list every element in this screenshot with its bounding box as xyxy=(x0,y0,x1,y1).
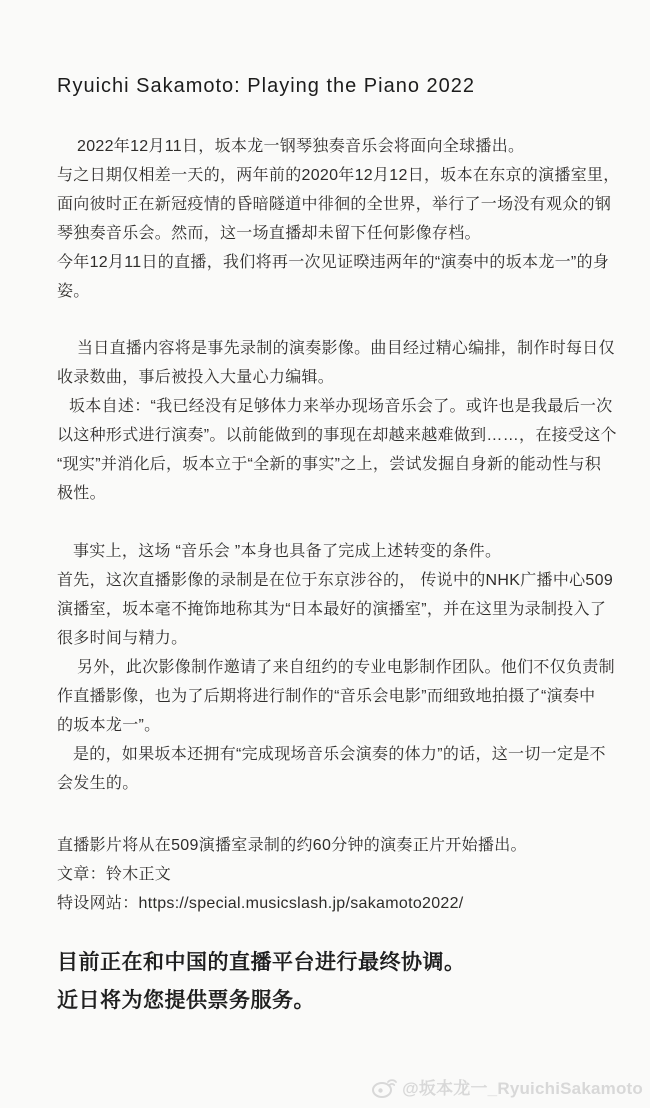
paragraph-intro: 2022年12月11日，坂本龙一钢琴独奏音乐会将面向全球播出。 与之日期仅相差一… xyxy=(57,132,618,306)
weibo-watermark: @坂本龙一_RyuichiSakamoto xyxy=(371,1074,643,1099)
paragraph-recording: 当日直播内容将是事先录制的演奏影像。曲目经过精心编排，制作时每日仅 收录数曲，事… xyxy=(57,334,618,508)
text-line: 琴独奏音乐会。然而，这一场直播却未留下任何影像存档。 xyxy=(57,219,618,248)
announcement-line: 近日将为您提供票务服务。 xyxy=(57,982,618,1020)
announcement-image: Ryuichi Sakamoto: Playing the Piano 2022… xyxy=(0,0,650,1108)
text-line: 今年12月11日的直播，我们将再一次见证暌违两年的“演奏中的坂本龙一”的身 xyxy=(57,248,618,277)
text-line: 面向彼时正在新冠疫情的昏暗隧道中徘徊的全世界，举行了一场没有观众的钢 xyxy=(57,190,618,219)
watermark-handle: @坂本龙一_RyuichiSakamoto xyxy=(402,1074,643,1099)
text-line: 收录数曲，事后被投入大量心力编辑。 xyxy=(57,363,618,392)
text-line: 首先，这次直播影像的录制是在位于东京涉谷的， 传说中的NHK广播中心509 xyxy=(57,566,618,595)
text-line: 演播室，坂本毫不掩饰地称其为“日本最好的演播室”，并在这里为录制投入了 xyxy=(57,595,618,624)
text-line: 与之日期仅相差一天的，两年前的2020年12月12日，坂本在东京的演播室里， xyxy=(57,161,618,190)
china-platform-announcement: 目前正在和中国的直播平台进行最终协调。 近日将为您提供票务服务。 xyxy=(57,944,618,1020)
text-line: 会发生的。 xyxy=(57,769,618,798)
weibo-logo-icon xyxy=(371,1075,398,1099)
text-line: “现实”并消化后，坂本立于“全新的事实”之上，尝试发掘自身新的能动性与积 xyxy=(57,450,618,479)
article-body: Ryuichi Sakamoto: Playing the Piano 2022… xyxy=(0,0,650,1020)
broadcast-note: 直播影片将从在509演播室录制的约60分钟的演奏正片开始播出。 xyxy=(57,831,618,860)
text-line: 的坂本龙一”。 xyxy=(57,711,618,740)
paragraph-studio: 事实上，这场 “音乐会 ”本身也具备了完成上述转变的条件。 首先，这次直播影像的… xyxy=(57,537,618,798)
author-credit: 文章：铃木正文 xyxy=(57,860,618,889)
page-title: Ryuichi Sakamoto: Playing the Piano 2022 xyxy=(57,0,618,100)
text-line: 很多时间与精力。 xyxy=(57,624,618,653)
text-line: 极性。 xyxy=(57,479,618,508)
text-line: 当日直播内容将是事先录制的演奏影像。曲目经过精心编排，制作时每日仅 xyxy=(57,334,618,363)
credits-block: 直播影片将从在509演播室录制的约60分钟的演奏正片开始播出。 文章：铃木正文 … xyxy=(57,831,618,918)
text-line: 坂本自述：“我已经没有足够体力来举办现场音乐会了。或许也是我最后一次 xyxy=(57,392,618,421)
text-line: 另外，此次影像制作邀请了来自纽约的专业电影制作团队。他们不仅负责制 xyxy=(57,653,618,682)
text-line: 事实上，这场 “音乐会 ”本身也具备了完成上述转变的条件。 xyxy=(57,537,618,566)
announcement-line: 目前正在和中国的直播平台进行最终协调。 xyxy=(57,944,618,982)
text-line: 2022年12月11日，坂本龙一钢琴独奏音乐会将面向全球播出。 xyxy=(57,132,618,161)
text-line: 姿。 xyxy=(57,277,618,306)
text-line: 作直播影像，也为了后期将进行制作的“音乐会电影”而细致地拍摄了“演奏中 xyxy=(57,682,618,711)
text-line: 以这种形式进行演奏”。以前能做到的事现在却越来越难做到……，在接受这个 xyxy=(57,421,618,450)
special-site-url: 特设网站：https://special.musicslash.jp/sakam… xyxy=(57,889,618,918)
text-line: 是的，如果坂本还拥有“完成现场音乐会演奏的体力”的话，这一切一定是不 xyxy=(57,740,618,769)
